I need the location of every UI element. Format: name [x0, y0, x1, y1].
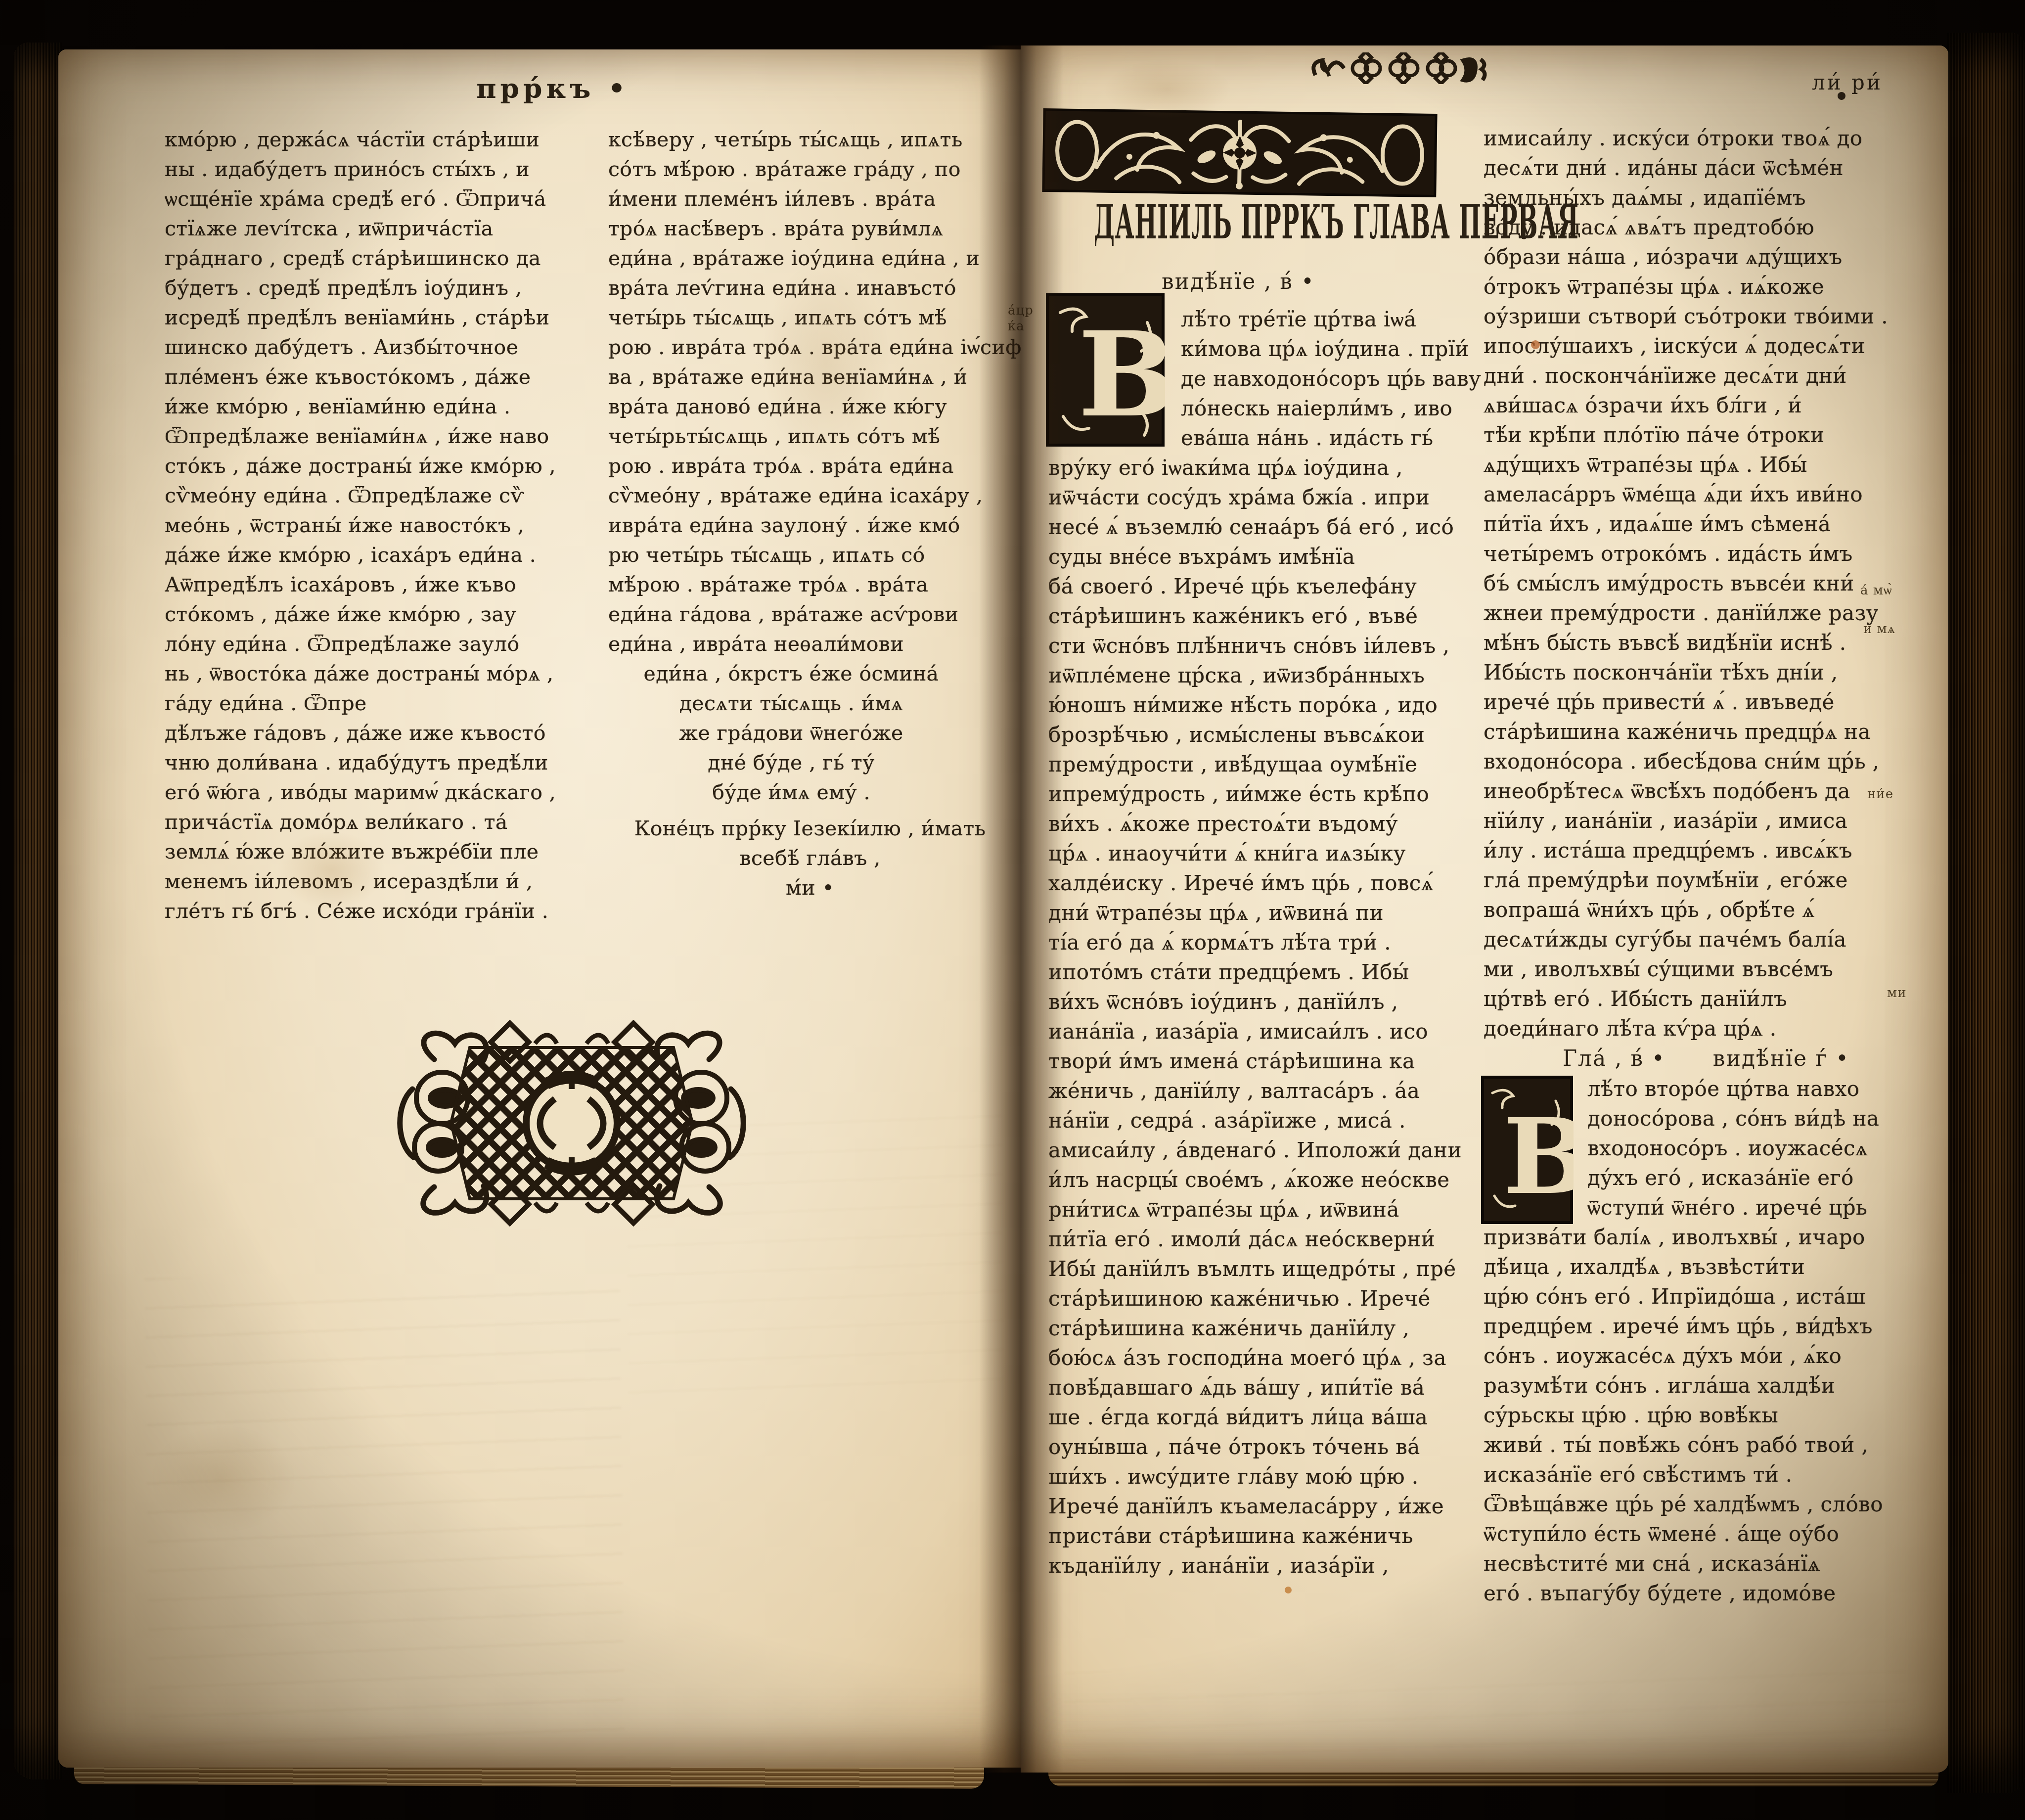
- dropcap-initial-v-chapter2: В: [1481, 1075, 1574, 1225]
- text-line: м́и •: [597, 873, 1023, 903]
- text-line: его́ . въпагу́бу бу́дете , идомо́ве: [1484, 1579, 1929, 1608]
- left-column-1: кмо́рю , держа́сѧ ча́стїи ста́рѣишины . …: [165, 125, 605, 926]
- text-line: гле́тъ гь́ бгъ́ . Се́же исхо́ди гра́нїи …: [165, 896, 605, 926]
- text-line: мѣ́нъ бы́сть въвсѣ́ видѣ́нїи иснѣ́ .: [1484, 628, 1929, 658]
- text-line: на́нїи , седра́ . аза́рїиже , миса́ .: [1048, 1106, 1488, 1136]
- text-line: су́рьскы цр́ю . цр́ю вовѣ́кы: [1484, 1401, 1929, 1430]
- text-line: дни́ ѿтрапе́зы цр́ѧ , иѿвина́ пи: [1048, 898, 1488, 928]
- text-line: нь , ѿвосто́ка да́же достраны́ мо́рѧ ,: [165, 659, 605, 688]
- show-through-text: [1065, 1663, 1906, 1761]
- text-line: же́ничь , данїи́лу , валтаса́ръ . а́а: [1048, 1076, 1488, 1106]
- text-line: сѷмео́ну , вра́таже еди́на ісаха́ру ,: [608, 481, 1034, 510]
- text-line: га́ду еди́на . Ѿпре: [165, 688, 605, 718]
- running-head: прр́къ •: [405, 72, 701, 104]
- text-line: входоно́сора . ибесѣ́дова сни́м цр́ь ,: [1484, 747, 1929, 776]
- text-line: четы́ремъ отроко́мъ . ида́сть и́мъ: [1484, 539, 1929, 569]
- floral-headpiece-woodcut: [1042, 108, 1438, 197]
- text-line: несе́ ѧ́ въземлю́ сенаа́ръ ба́ его́ , ис…: [1048, 512, 1488, 542]
- text-line: Ибы́сть посконча́нїи тѣ́хъ дні́и ,: [1484, 658, 1929, 687]
- text-line: прему́дрости , ивѣ́дущаа оумѣ́нїе: [1048, 750, 1488, 779]
- text-line: сто́къ , да́же достраны́ и́же кмо́рю ,: [165, 451, 605, 481]
- text-line: ипото́мъ ста́ти предцр́емъ . Ибы́: [1048, 957, 1488, 987]
- margin-note-crossref: ни́е: [1867, 786, 1893, 802]
- text-line: Коне́цъ прр́ку Іезекі́илю , и́мать: [597, 814, 1023, 843]
- text-line: ипрему́дрость , ии́мже е́сть крѣ́по: [1048, 779, 1488, 809]
- text-line: ши́хъ . иѡсу́дите гла́ву мою́ цр́ю .: [1048, 1462, 1488, 1492]
- text-line: бу́детъ . средѣ́ предѣ́лъ іоу́динъ ,: [165, 273, 605, 303]
- text-line: ѿступи́ло е́сть ѿмене́ . а́ще оу́бо: [1484, 1519, 1929, 1549]
- text-line: еди́на , о́крстъ е́же о́смина́: [608, 659, 974, 688]
- text-line: еди́на , вра́таже іоу́дина еди́на , и: [608, 243, 1034, 273]
- right-page: ли́ ри́: [1021, 45, 1948, 1773]
- text-line: ше . е́гда когда́ ви́дитъ ли́ца ва́ша: [1048, 1403, 1488, 1432]
- text-line: цр́ю со́нъ его́ . Ипрїидо́ша , иста́ш: [1484, 1282, 1929, 1312]
- text-line: вопраша́ ѿни́хъ цр́ь , обрѣ́те ѧ́: [1484, 895, 1929, 925]
- text-line: еди́на га́дова , вра́таже асѵ́рови: [608, 599, 1034, 629]
- show-through-text: [145, 1274, 625, 1763]
- text-line: Аѿпредѣ́лъ ісаха́ровъ , и́же къво: [165, 570, 605, 599]
- chapter-2-heading: Гла́ , в́ • видѣ́нїе ѓ •: [1484, 1044, 1929, 1074]
- text-line: ста́рѣишинъ каже́никъ его́ , въве́: [1048, 601, 1488, 631]
- text-line: повѣ́давшаго ѧ́дь ва́шу , ипи́тїе ва́: [1048, 1373, 1488, 1403]
- text-line: четы́рь ты́сѧщь , ипѧть со́тъ мѣ́: [608, 303, 1034, 332]
- tapered-ending: еди́на , о́крстъ е́же о́смина́десѧти ты́…: [608, 659, 974, 807]
- text-line: вру́ку его́ іѡаки́ма цр́ѧ іоу́дина ,: [1048, 453, 1488, 483]
- text-line: нїи́лу , иана́нїи , иаза́рїи , имиса: [1484, 806, 1929, 836]
- text-line: со́тъ мѣ́рою . вра́таже гра́ду , по: [608, 154, 1034, 184]
- text-line: ны . идабу́детъ прино́съ сты́хъ , и: [165, 154, 605, 184]
- text-line: во́ду . идасѧ́ ѧвѧ́тъ предтобо́ю: [1484, 213, 1929, 242]
- text-line: ю́ношъ ни́миже нѣ́сть поро́ка , идо: [1048, 690, 1488, 720]
- text-line: всебѣ́ гла́въ ,: [597, 843, 1023, 873]
- text-line: гла́ прему́дрѣи поумѣ́нїи , его́же: [1484, 865, 1929, 895]
- daniel-ch2-text: призва́ти балі́ѧ , иволъхвы́ , ичародѣ́и…: [1484, 1223, 1929, 1608]
- text-line: пи́тїа и́хъ , идаѧ́ше и́мъ сѣмена́: [1484, 509, 1929, 539]
- text-line: еди́на , ивра́та неѳали́мови: [608, 629, 1034, 659]
- text-line: рни́тисѧ ѿтрапе́зы цр́ѧ , иѿвина́: [1048, 1195, 1488, 1225]
- margin-note-line: ќа: [1008, 318, 1034, 334]
- text-line: и́же кмо́рю , венїами́ню еди́на .: [165, 392, 605, 421]
- margin-note-crossref: а́цр ќа: [1008, 303, 1034, 334]
- text-line: десѧ́ти дни́ . ида́ны да́си ѿсѣме́н: [1484, 153, 1929, 183]
- text-line: десѧти ты́сѧщь . и́мѧ: [608, 688, 974, 718]
- text-line: тро́ѧ насѣ́веръ . вра́та руви́млѧ: [608, 214, 1034, 243]
- text-line: исказа́нїе его́ свѣ́стимъ ти́ .: [1484, 1460, 1929, 1490]
- svg-text:В: В: [1503, 1095, 1574, 1218]
- text-line: иана́нїа , иаза́рїа , имисаи́лъ . исо: [1048, 1017, 1488, 1046]
- text-line: мѣ́рою . вра́таже тро́ѧ . вра́та: [608, 570, 1034, 599]
- book-fore-edge-left: [13, 43, 62, 1779]
- text-line: ста́рѣишина каже́ничь данїи́лу ,: [1048, 1314, 1488, 1343]
- text-line: ѧви́шасѧ о́зрачи и́хъ бл́ги , и́: [1484, 391, 1929, 420]
- text-line: о́трокъ ѿтрапе́зы цр́ѧ . иѧ́коже: [1484, 272, 1929, 302]
- text-line: брозрѣ́чью , исмы́слены въвсѧ́кои: [1048, 720, 1488, 750]
- text-line: ло́нескь наіерли́мъ , иво: [1048, 394, 1488, 423]
- gates-text: ксѣ́веру , четы́рь ты́сѧщь , ипѧтьсо́тъ …: [608, 125, 1034, 659]
- text-line: гра́днаго , средѣ́ ста́рѣишинско да: [165, 243, 605, 273]
- text-line: лѣ́то тре́тїе цр́тва іѡа́: [1048, 305, 1488, 334]
- fleuron-row-ornament: [1308, 52, 1488, 84]
- text-line: земльны́хъ даѧ́мы , идапїе́мъ: [1484, 183, 1929, 213]
- daniel-ch1-opening: лѣ́то тре́тїе цр́тва іѡа́ки́мова цр́ѧ іо…: [1048, 305, 1488, 453]
- text-line: ло́ну еди́на . Ѿпредѣ́лаже зауло́: [165, 629, 605, 659]
- text-line: ивра́та еди́на заулону́ . и́же кмо́: [608, 510, 1034, 540]
- text-line: чню доли́вана . идабу́дутъ предѣ́ли: [165, 748, 605, 777]
- text-line: цр́твѣ его́ . Ибы́сть данїи́лъ: [1484, 984, 1929, 1014]
- text-line: де навходоно́соръ цр́ь ваву: [1048, 364, 1488, 394]
- text-line: рою . ивра́та тро́ѧ . вра́та еди́на іѡ́с…: [608, 332, 1034, 362]
- text-line: ви́хъ . ѧ́коже престоѧ́ти въдому́: [1048, 809, 1488, 839]
- text-line: пле́менъ е́же къвосто́комъ , да́же: [165, 362, 605, 392]
- text-line: со́нъ . иоужасе́сѧ ду́хъ мо́и , ѧ́ко: [1484, 1341, 1929, 1371]
- text-line: иѿча́сти сосу́дъ хра́ма бжі́а . ипри: [1048, 483, 1488, 512]
- text-line: шинско дабу́детъ . Аизбы́точное: [165, 332, 605, 362]
- text-line: сѷмео́ну еди́на . Ѿпредѣ́лаже сѷ: [165, 481, 605, 510]
- text-line: дни́ . посконча́нїиже десѧ́ти дни́: [1484, 361, 1929, 391]
- text-line: приста́ви ста́рѣишина каже́ничь: [1048, 1521, 1488, 1551]
- left-column-2: ксѣ́веру , четы́рь ты́сѧщь , ипѧтьсо́тъ …: [608, 125, 1034, 807]
- text-line: рою . ивра́та тро́ѧ . вра́та еди́на: [608, 451, 1034, 481]
- text-line: суды вне́се въхра́мъ имѣ́нїа: [1048, 542, 1488, 572]
- text-line: да́же и́же кмо́рю , ісаха́ръ еди́на .: [165, 540, 605, 570]
- text-line: сто́комъ , да́же и́же кмо́рю , зау: [165, 599, 605, 629]
- text-line: о́брази на́ша , ио́зрачи ѧду́щихъ: [1484, 242, 1929, 272]
- text-line: къданїи́лу , иана́нїи , иаза́рїи ,: [1048, 1551, 1488, 1581]
- text-line: ксѣ́веру , четы́рь ты́сѧщь , ипѧть: [608, 125, 1034, 154]
- text-line: живи́ . ты́ повѣ́жь со́нъ рабо́ твои́ ,: [1484, 1430, 1929, 1460]
- folio-number: ли́ ри́: [1812, 70, 1940, 94]
- text-line: разумѣ́ти со́нъ . игла́ша халдѣ́и: [1484, 1371, 1929, 1401]
- text-line: вра́та леѵ́гина еди́на . инавъсто́: [608, 273, 1034, 303]
- text-line: ипослу́шаихъ , іиску́си ѧ́ додесѧ́ти: [1484, 331, 1929, 361]
- text-line: Ибы́ данїи́лъ въмлть ищедро́ты , пре́: [1048, 1254, 1488, 1284]
- text-line: оу́зриши сътвори́ съо́троки тво́ими .: [1484, 302, 1929, 331]
- text-line: кмо́рю , держа́сѧ ча́стїи ста́рѣиши: [165, 125, 605, 154]
- text-line: амисаи́лу , а́вденаго́ . Иположи́ дани: [1048, 1136, 1488, 1165]
- text-line: оуны́вша , па́че о́трокъ то́чень ва́: [1048, 1432, 1488, 1462]
- text-line: ева́ша на́нь . ида́сть гь́: [1048, 423, 1488, 453]
- text-line: исредѣ́ предѣ́лъ венїами́нь , ста́рѣи: [165, 303, 605, 332]
- text-line: менемъ іи́левомъ , исераздѣ́ли и́ ,: [165, 866, 605, 896]
- daniel-ch1-text: вру́ку его́ іѡаки́ма цр́ѧ іоу́дина ,иѿча…: [1048, 453, 1488, 1581]
- text-line: халде́иску . Ирече́ и́мъ цр́ь , повсѧ́: [1048, 868, 1488, 898]
- text-line: амеласа́рръ ѿме́ща ѧ́ди и́хъ иви́но: [1484, 480, 1929, 509]
- text-line: рю четы́рь ты́сѧщь , ипѧть со́: [608, 540, 1034, 570]
- text-line: же гра́дови ѿнего́же: [608, 718, 974, 748]
- text-line: его́ ѿю́га , иво́ды маримѡ́ дка́скаго ,: [165, 777, 605, 807]
- text-line: призва́ти балі́ѧ , иволъхвы́ , ичаро: [1484, 1223, 1929, 1252]
- right-column-1: лѣ́то тре́тїе цр́тва іѡа́ки́мова цр́ѧ іо…: [1048, 305, 1488, 1581]
- text-line: бу́де и́мѧ ему́ .: [608, 777, 974, 807]
- text-line: прича́стїѧ домо́рѧ вели́каго . та́: [165, 807, 605, 837]
- text-line: бою́сѧ а́зъ господи́на моего́ цр́ѧ , за: [1048, 1343, 1488, 1373]
- text-line: ѧду́щихъ ѿтрапе́зы цр́ѧ . Ибы́: [1484, 450, 1929, 480]
- text-line: и́лу . иста́ша предцр́емъ . ивсѧ́къ: [1484, 836, 1929, 865]
- text-line: дѣ́лъже га́довъ , да́же иже къвосто́: [165, 718, 605, 748]
- text-line: ирече́ цр́ь привести́ ѧ́ . ивъведе́: [1484, 687, 1929, 717]
- book-fore-edge-right: [1947, 33, 2025, 1793]
- text-line: ста́рѣишиною каже́ничью . Ирече́: [1048, 1284, 1488, 1314]
- text-line: тѣ́и крѣ́пи пло́тїю па́че о́троки: [1484, 420, 1929, 450]
- left-page: прр́къ • кмо́рю , держа́сѧ ча́стїи ста́р…: [58, 49, 1021, 1768]
- text-line: дне́ бу́де , гь́ ту́: [608, 748, 974, 777]
- text-line: ми , иволъхвы́ су́щими въвсе́мъ: [1484, 955, 1929, 984]
- text-line: жнеи прему́дрости . данїи́лже разу: [1484, 598, 1929, 628]
- text-line: Ѿвѣща́вже цр́ь ре́ халдѣ́ѡмъ , сло́во: [1484, 1490, 1929, 1519]
- text-line: инеобрѣ́тесѧ ѿвсѣ́хъ подо́бенъ да: [1484, 776, 1929, 806]
- text-line: Ирече́ данїи́лъ къамеласа́рру , и́же: [1048, 1492, 1488, 1521]
- open-book-photo: прр́къ • кмо́рю , держа́сѧ ча́стїи ста́р…: [0, 0, 2025, 1820]
- text-line: ви́хъ ѿсно́въ іоу́динъ , данїи́лъ ,: [1048, 987, 1488, 1017]
- text-line: мео́нь , ѿстраны́ и́же навосто́къ ,: [165, 510, 605, 540]
- margin-note-crossref: и́ мѧ: [1863, 621, 1895, 637]
- text-line: ѡсще́нїе хра́ма средѣ́ его́ . Ѿприча́: [165, 184, 605, 214]
- text-line: Ѿпредѣ́лаже венїами́нѧ , и́же наво: [165, 421, 605, 451]
- text-line: и́мени племе́нъ іи́левъ . вра́та: [608, 184, 1034, 214]
- margin-note-line: а́цр: [1008, 303, 1034, 318]
- text-line: ва , вра́таже еди́на венїами́нѧ , и́: [608, 362, 1034, 392]
- text-line: имисаи́лу . иску́си о́троки твоѧ́ до: [1484, 124, 1929, 153]
- book-title-vyaz: ДАНІИЛЬ ПРРКЪ ГЛАВА ПЕРВАЯ: [1040, 197, 1436, 271]
- text-line: и́лъ насрцы́ свое́мъ , ѧ́коже нео́скве: [1048, 1165, 1488, 1195]
- text-line: дѣ́ица , ихалдѣ́ѧ , възвѣсти́ти: [1484, 1252, 1929, 1282]
- text-line: несвѣстите́ ми сна́ , исказа́нїѧ: [1484, 1549, 1929, 1579]
- margin-note-crossref: ми: [1887, 985, 1907, 1001]
- text-line: ки́мова цр́ѧ іоу́дина . прїи́: [1048, 334, 1488, 364]
- text-line: пи́тїа его́ . имоли́ да́сѧ нео́скверни́: [1048, 1225, 1488, 1254]
- text-line: ста́рѣишина каже́ничь предцр́ѧ на: [1484, 717, 1929, 747]
- knotwork-tailpiece-ornament: [387, 1015, 757, 1231]
- text-line: иѿпле́мене цр́ска , иѿизбра́нныхъ: [1048, 661, 1488, 690]
- text-line: стїѧже леѵі́тска , иѿприча́стїа: [165, 214, 605, 243]
- vision-subtitle: видѣ́нїе , в́ •: [1040, 269, 1436, 294]
- text-line: твори́ и́мъ имена́ ста́рѣишина ка: [1048, 1046, 1488, 1076]
- ezekiel-colophon: Коне́цъ прр́ку Іезекі́илю , и́матьвсебѣ́…: [597, 814, 1023, 903]
- right-column-2: имисаи́лу . иску́си о́троки твоѧ́ додесѧ…: [1484, 124, 1929, 1608]
- text-line: землѧ́ ю́же вло́жите въжре́бїи пле: [165, 837, 605, 866]
- text-line: ті́а его́ да ѧ́ кормѧ́тъ лѣ́та три́ .: [1048, 928, 1488, 957]
- text-line: цр́ѧ . инаоучи́ти ѧ́ кни́га иѧзы́ку: [1048, 839, 1488, 868]
- text-line: вра́та даново́ еди́на . и́же кю́гу: [608, 392, 1034, 421]
- text-line: сти ѿсно́въ плѣ́нничъ сно́въ іи́левъ ,: [1048, 631, 1488, 661]
- text-line: ба́ своего́ . Ирече́ цр́ь къелефа́ну: [1048, 572, 1488, 601]
- text-line: четы́рьты́сѧщь , ипѧть со́тъ мѣ́: [608, 421, 1034, 451]
- text-line: доеди́наго лѣ́та кѵ́ра цр́ѧ .: [1484, 1014, 1929, 1044]
- text-line: предцр́ем . ирече́ и́мъ цр́ь , ви́дѣхъ: [1484, 1312, 1929, 1341]
- text-line: десѧти́жды сугу́бы паче́мъ балі́а: [1484, 925, 1929, 955]
- margin-note-crossref: а́ мѡ̀: [1860, 583, 1892, 598]
